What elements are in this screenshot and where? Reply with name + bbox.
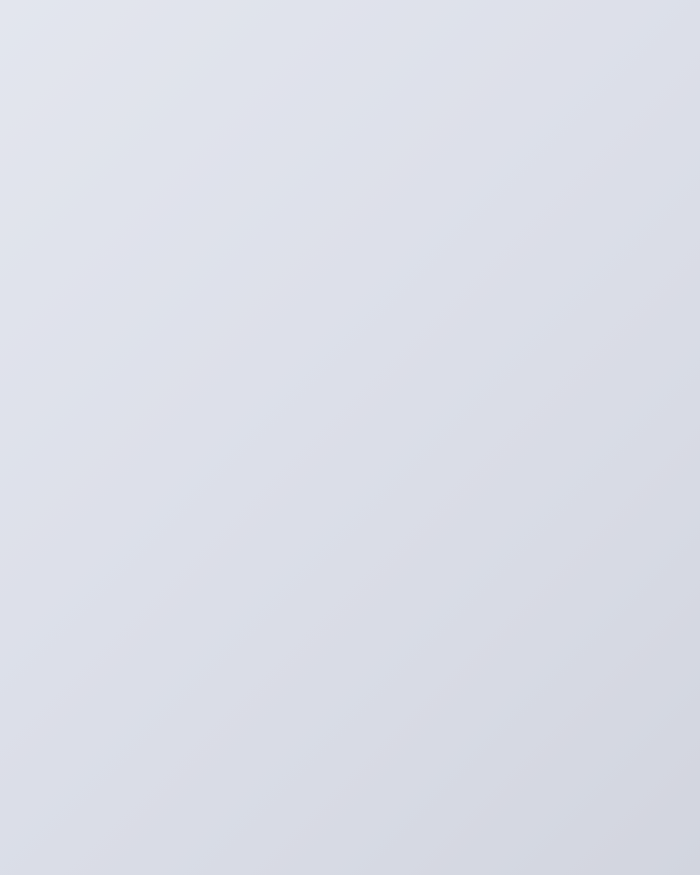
document-page (0, 0, 700, 875)
